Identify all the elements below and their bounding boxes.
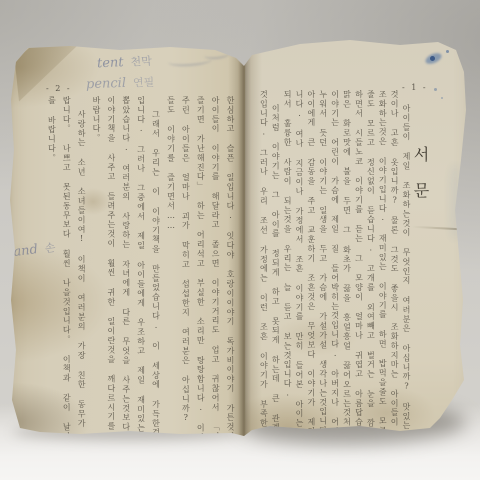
handwritten-note-tent: tent천막 bbox=[97, 53, 153, 72]
center-fold-crease bbox=[228, 0, 262, 480]
text-column: 아이들이 이야기를 해달라고 졸으면 이야기거리도 업고 귀찮어서 「이야기 bbox=[211, 96, 219, 408]
text-column: 조화하는것은 이야기입니다. 재미있는 이야기를 하면 밥먹을줄도 모르고 잠잘 bbox=[378, 90, 386, 398]
page-number-left: - 2 - bbox=[46, 84, 72, 93]
text-column: 즐기면 가난해진다」 하는 어리석고 부실한 소리만 탕탕합니다. 이야기에 bbox=[196, 96, 204, 408]
note-english: tent bbox=[97, 55, 124, 71]
text-column: 아이에게 큰 감동을 주고 교훈하기 조흔것은 무엇보다 이야기가 제일입 bbox=[306, 90, 314, 398]
text-column: 맑은 화로맛에 불을 두면 그 화초가 끓을 흥얼흥얼 끓어오르는것처럼 bbox=[342, 90, 350, 398]
text-column: 이처럼 이야기는 그 아이를 정되게 하고 못되게 하는데 큰 관계를 가진 bbox=[271, 90, 279, 398]
text-column: 입니다. 그러나 그중에서 제일 아이들에게 우조하고 제일 재미있는 이야기를 bbox=[136, 96, 144, 408]
blue-ink-speck bbox=[441, 97, 443, 99]
photo-of-old-korean-booklet: - 2 - 한심하고 슬픈 일입니다. 잇다야 호랑이이야기 독가비이야기 가튼… bbox=[0, 0, 480, 480]
text-column: 니다. 여나 지금이나 가정에서 조흔 이야기를 만히 들어본 아이는 나중에 bbox=[295, 90, 303, 398]
blue-ink-smudge bbox=[430, 56, 435, 61]
blue-ink-speck bbox=[434, 88, 437, 91]
note-korean: 연필 bbox=[133, 76, 155, 90]
text-column: 되서 훌륭한 사람이 되는것을 우리는 늘 듣고 보는것입니다. bbox=[283, 90, 291, 398]
note-korean: 손 bbox=[44, 241, 56, 255]
text-column: 그래서 우리는 이 이야기책을 만들었습니다. 이 세상에 가득한것은 이야기 bbox=[151, 96, 159, 408]
note-english: pencil bbox=[86, 76, 126, 92]
right-page-text: 아이들이 제일 조화하는것이 무엇인지 여러분은 아십니까? 맛있는 떡을것이나… bbox=[250, 90, 410, 398]
text-column: 하면서 시들노코 이야기를 듣는 그 모양이 얼마나 귀엽고 아름답습니까. bbox=[354, 90, 362, 398]
open-booklet: - 2 - 한심하고 슬픈 일입니다. 잇다야 호랑이이야기 독가비이야기 가튼… bbox=[0, 0, 480, 480]
text-column: 이야기는 어린이 가슴에 제일 질 들어박히는것입니다. 아버지나 어머니 무릎… bbox=[330, 90, 338, 398]
text-column: 것이나 고흔 옷입니까? 물론 그것도 좋을시 조화하지마는 아이들이 가장 bbox=[390, 90, 398, 398]
left-page-text: 한심하고 슬픈 일입니다. 잇다야 호랑이이야기 독가비이야기 가튼것이요아이들… bbox=[26, 96, 234, 408]
text-column: 줄도 모르고 정신없이 듣습니다. 고개를 외여빼고 벌거는 눈을 깜박깜박 bbox=[366, 90, 374, 398]
handwritten-note-pencil: pencil연필 bbox=[86, 74, 155, 92]
text-column: 이야기책을 사주고 들려주는것이 훨씬 귀한 일이란것을 깨다르시기를 바라 bbox=[106, 96, 114, 408]
note-korean: 천막 bbox=[130, 55, 152, 69]
text-column: 주린 아이들은 얼마나 괴가 막히고 섭섭한지 여러분은 아십니까? 실상 어른 bbox=[181, 96, 189, 408]
text-column: 랍니다。 나쁘고 못된동무보다 훨씬 나을것입니다。 이책과 같이 날마다 노시… bbox=[62, 96, 70, 408]
preface-title: 서문 bbox=[409, 146, 432, 218]
text-column: 누워서 듯던 이야기는 일생을 두고 가슴에 가설가설 생각나는것입니다. 그러… bbox=[318, 90, 326, 398]
text-column: 바랍니다。 bbox=[92, 96, 100, 408]
text-column: 들도 이야기를 즐기면서…… bbox=[166, 96, 174, 408]
text-column: 뽑았습니다. 여러분의 사랑하는 자녀에게 다른 무엇을 사주는것보다 이런 bbox=[121, 96, 129, 408]
text-column: 사랑하는 소년 소녀들이여! 이책이 여러분의 가장 친한 동무가 되기를 바 bbox=[77, 96, 85, 408]
text-column: 아이들이 제일 조화하는것이 무엇인지 여러분은 아십니까? 맛있는 떡을 bbox=[402, 90, 410, 398]
blue-ink-speck bbox=[446, 50, 449, 53]
